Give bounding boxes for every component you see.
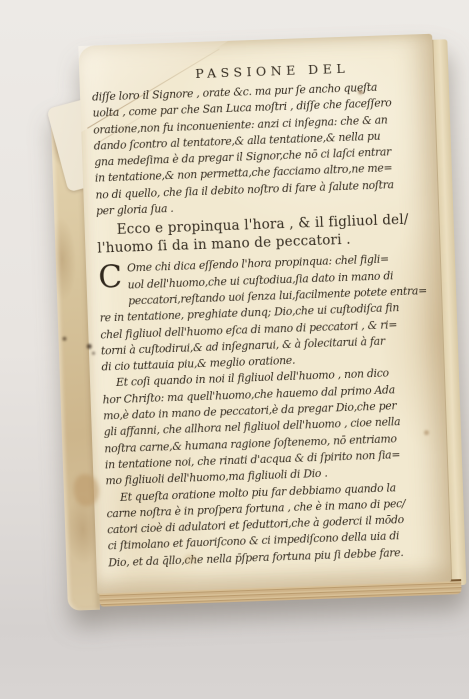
paragraph-4: Et queſta oratione molto piu far debbiam… <box>106 479 411 571</box>
paragraph-3: Et coſi quando in noi il figliuol dell'h… <box>102 365 408 490</box>
photo-backdrop: PASSIONE DEL diſſe loro il Signore , ora… <box>0 0 469 699</box>
book-page: PASSIONE DEL diſſe loro il Signore , ora… <box>78 34 451 594</box>
paragraph-1: diſſe loro il Signore , orate &c. ma pur… <box>92 79 398 220</box>
drop-cap: C <box>98 263 124 295</box>
paragraph-2: C Ome chi dica eſſendo l'hora propinqua:… <box>98 251 404 376</box>
section-heading: Ecco e propinqua l'hora , & il figliuol … <box>96 212 399 258</box>
page-text-block: PASSIONE DEL diſſe loro il Signore , ora… <box>91 59 410 571</box>
book: PASSIONE DEL diſſe loro il Signore , ora… <box>50 33 465 608</box>
